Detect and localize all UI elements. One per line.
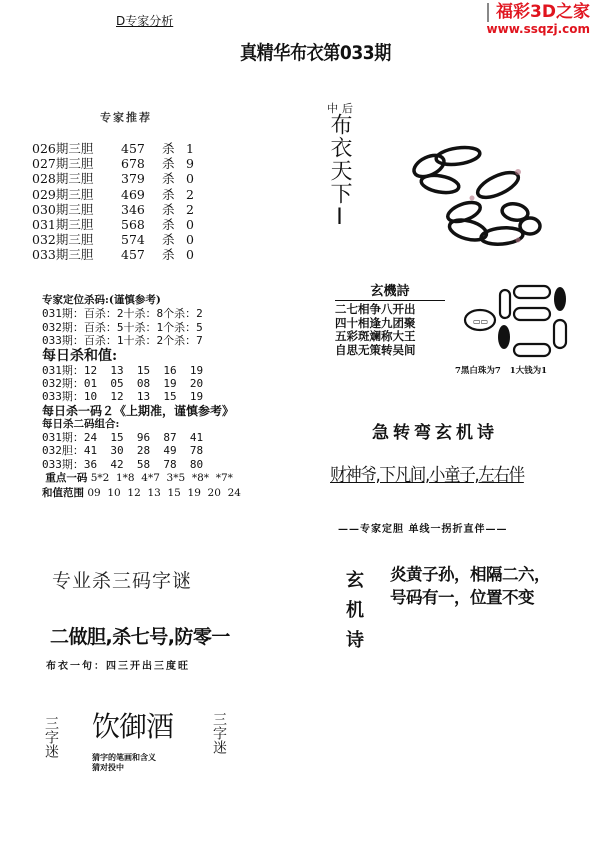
table-row: 033期三胆457杀0 [32,247,194,262]
buyi-one-line: 布衣一句：四三开出三度旺 [46,657,190,672]
kill-cell: 2 [186,202,194,217]
kill-cell: 0 [186,247,194,262]
kill-label-cell: 杀 [162,247,186,262]
position-kill-title: 专家定位杀码:(谨慎参考) [42,294,241,307]
daily-sum-kill-row: 031期：12 13 15 16 19 [42,364,241,377]
mystic-poem-box: 玄機詩 二七相争八开出 四十相逢九团聚 五彩斑斓称大王 自思无策转吴间 [335,280,445,357]
watermark-url: www.ssqzj.com [487,22,590,36]
svg-text:▭▭: ▭▭ [473,317,488,326]
xuanji-poem: 炎黄子孙，相隔二六， 号码有一，位置不变 [390,563,550,609]
kill-cell: 0 [186,217,194,232]
table-row: 032期三胆574杀0 [32,232,194,247]
kill-label-cell: 杀 [162,171,186,186]
kill-label-cell: 杀 [162,202,186,217]
daily-sum-kill-row: 033期：10 12 13 15 19 [42,390,241,403]
daily-kill-two-title: 每日杀二码组合: [42,418,241,431]
table-row: 027期三胆678杀9 [32,156,194,171]
digits-cell: 457 [121,141,162,156]
kill-cell: 9 [186,156,194,171]
kill-cell: 0 [186,171,194,186]
digits-cell: 346 [121,202,162,217]
coin-chain-illustration [400,140,550,250]
focus-code-row: 重点一码 5*2 1*8 4*7 3*5 *8* *7* [42,471,241,486]
riddle-title: 专业杀三码字谜 [52,566,192,593]
expert-recommend-title: 专家推荐 [100,109,152,125]
sum-range-values: 09 10 12 13 15 19 20 24 [87,487,241,499]
table-row: 029期三胆469杀2 [32,187,194,202]
table-row: 028期三胆379杀0 [32,171,194,186]
table-row: 031期三胆568杀0 [32,217,194,232]
kill-cell: 1 [186,141,194,156]
mystic-poem-line: 四十相逢九团聚 [335,317,445,331]
kill-cell: 0 [186,232,194,247]
digits-cell: 678 [121,156,162,171]
sum-range-row: 和值范围 09 10 12 13 15 19 20 24 [42,486,241,501]
period-cell: 027期三胆 [32,156,121,171]
digits-cell: 568 [121,217,162,232]
riddle-body: 二做胆,杀七号,防零一 [50,622,230,649]
riddle-word: 饮御酒 [92,705,173,745]
bead-caption: 7黑白珠为7 1大钱为1 [455,364,547,376]
sum-range-label: 和值范围 [42,487,84,499]
table-row: 030期三胆346杀2 [32,202,194,217]
period-cell: 026期三胆 [32,141,121,156]
period-cell: 030期三胆 [32,202,121,217]
position-kill-row: 031期：百杀：2十杀：8个杀：2 [42,307,241,320]
period-cell: 033期三胆 [32,247,121,262]
period-cell: 029期三胆 [32,187,121,202]
period-cell: 028期三胆 [32,171,121,186]
three-char-riddle-label-left: 三字迷 [44,716,58,758]
expert-recommend-table: 026期三胆457杀1 027期三胆678杀9 028期三胆379杀0 029期… [32,141,194,263]
kill-label-cell: 杀 [162,141,186,156]
xuanji-vertical-label: 玄机诗 [337,570,369,660]
mystic-poem-line: 二七相争八开出 [335,303,445,317]
daily-sum-kill-title: 每日杀和值: [42,348,241,364]
position-kill-row: 033期：百杀：1十杀：2个杀：7 [42,334,241,347]
digits-cell: 457 [121,247,162,262]
riddle-hint: 猜字的笔画和含义猜对投中 [92,752,162,772]
mystic-poem-title: 玄機詩 [335,280,445,301]
daily-kill-two-row: 032胆：41 30 28 49 78 [42,444,241,457]
period-cell: 032期三胆 [32,232,121,247]
kill-label-cell: 杀 [162,217,186,232]
three-char-riddle-label-right: 三字迷 [212,712,226,754]
table-row: 026期三胆457杀1 [32,141,194,156]
watermark-site-name: 福彩3D之家 [487,3,590,22]
daily-sum-kill-row: 032期：01 05 08 19 20 [42,377,241,390]
page-title: 真精华布衣第033期 [240,38,391,65]
kill-label-cell: 杀 [162,156,186,171]
expert-analysis-label: D专家分析 [116,12,173,29]
xuanji-poem-line: 号码有一，位置不变 [390,586,550,609]
bead-illustration: ▭▭ [462,282,572,360]
digits-cell: 469 [121,187,162,202]
turn-poem-title: 急转弯玄机诗 [372,418,498,443]
site-watermark: 福彩3D之家 www.ssqzj.com [487,3,590,36]
daily-kill-one-code: 每日杀一码２《上期准，谨慎参考》 [42,404,241,418]
kill-label-cell: 杀 [162,187,186,202]
kill-label-cell: 杀 [162,232,186,247]
expert-single-line: ——专家定胆 单线一拐折直伴—— [338,520,507,535]
focus-code-values: 5*2 1*8 4*7 3*5 *8* *7* [91,472,233,484]
period-cell: 031期三胆 [32,217,121,232]
daily-kill-two-row: 031期：24 15 96 87 41 [42,431,241,444]
kill-cell: 2 [186,187,194,202]
daily-kill-two-row: 033期：36 42 58 78 80 [42,458,241,471]
digits-cell: 574 [121,232,162,247]
xuanji-poem-line: 炎黄子孙，相隔二六， [390,563,550,586]
turn-poem-body: 财神爷,下凡间,小童子,左右伴 [330,461,524,487]
kill-codes-section: 专家定位杀码:(谨慎参考) 031期：百杀：2十杀：8个杀：2 032期：百杀：… [42,294,241,501]
focus-code-label: 重点一码 [45,472,87,484]
mystic-poem-line: 五彩斑斓称大王 [335,330,445,344]
digits-cell: 379 [121,171,162,186]
buyi-tianxia-vertical: 布衣天下Ⅰ [328,113,351,231]
mystic-poem-line: 自思无策转吴间 [335,344,445,358]
position-kill-row: 032期：百杀：5十杀：1个杀：5 [42,321,241,334]
